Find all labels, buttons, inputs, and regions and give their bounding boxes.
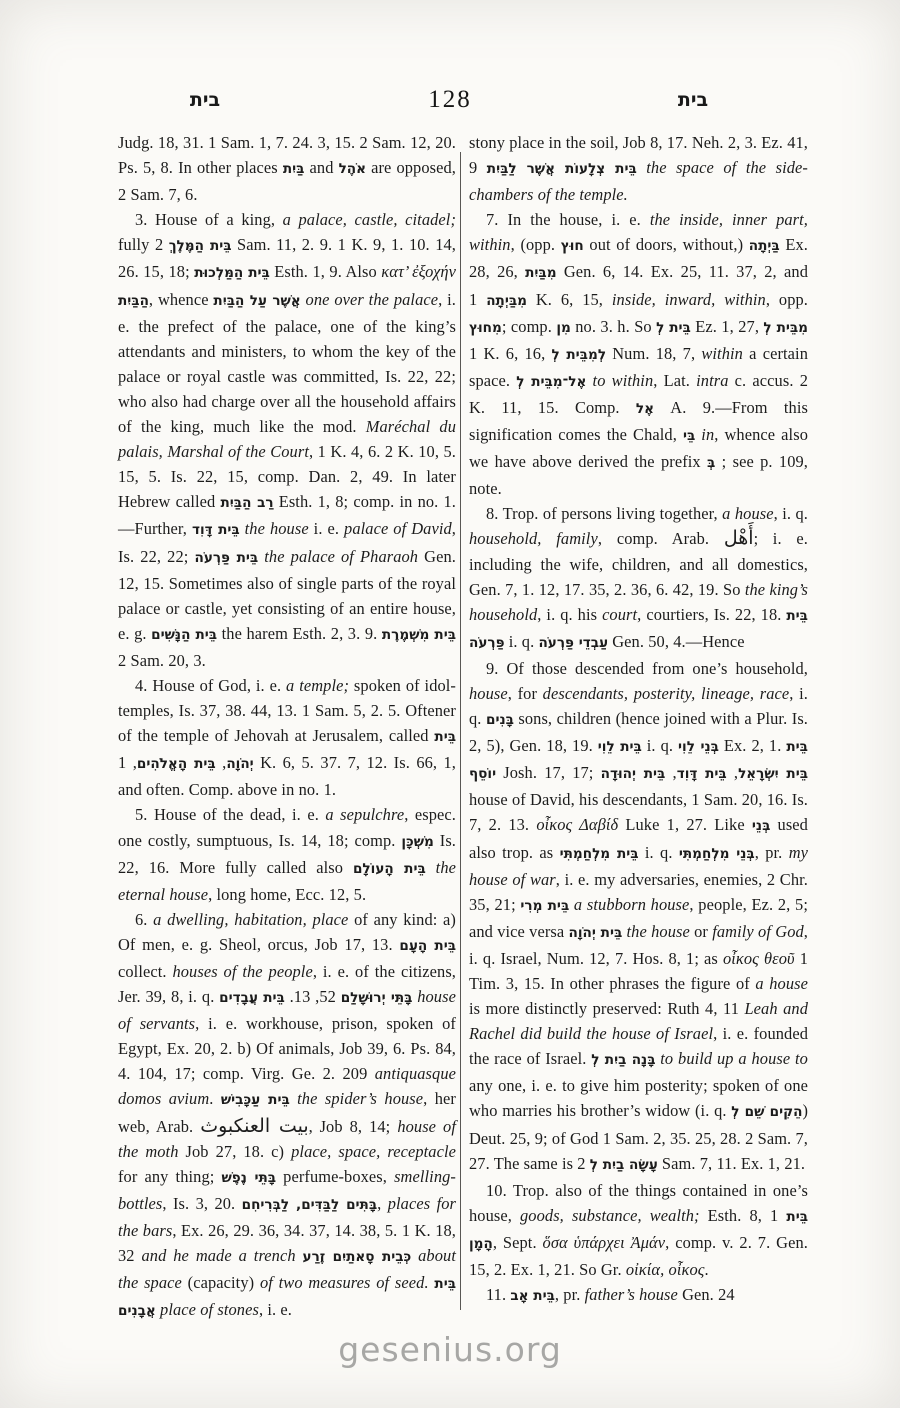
text-run: perfume-boxes, xyxy=(276,1167,394,1186)
hebrew-text: בֵּית אָב xyxy=(510,1288,555,1304)
arabic-text: بيت العنكبوث xyxy=(200,1115,308,1137)
hebrew-text: בֵּית צְלָעוֹת אֲשֶׁר לַבַּיִת xyxy=(487,161,637,177)
paragraph: 11. בֵּית אָב, pr. father’s house Gen. 2… xyxy=(469,1282,808,1309)
column-left: Judg. 18, 31. 1 Sam. 1, 7. 24. 3, 15. 2 … xyxy=(118,130,456,1324)
text-run: Josh. 17, 17; xyxy=(496,763,601,782)
text-run: collect. xyxy=(118,962,172,981)
italic-text: of two measures of seed. xyxy=(260,1273,429,1292)
text-run: 6. xyxy=(135,910,153,929)
hebrew-text: בֵּית הָאֱלֹהִים xyxy=(137,756,216,772)
hebrew-text: עָשָׂה בַיִת לְ xyxy=(590,1157,658,1173)
text-run: Gen. 50, 4.—Hence xyxy=(608,632,745,651)
text-run: , i. q. xyxy=(774,504,808,523)
hebrew-text: בֵּית עַכָּבִישׁ xyxy=(221,1092,290,1108)
hebrew-text: בֵּית הַמֶּלֶךְ xyxy=(169,238,232,254)
italic-text: intra xyxy=(696,371,728,390)
paragraph: Judg. 18, 31. 1 Sam. 1, 7. 24. 3, 15. 2 … xyxy=(118,130,456,207)
hebrew-text: מִבַּיְתָה xyxy=(486,293,527,309)
greek-text: οἰκία, οἶκος xyxy=(626,1260,705,1279)
paragraph: 3. House of a king, a palace, castle, ci… xyxy=(118,207,456,673)
text-run: Luke 1, 27. Like xyxy=(618,815,752,834)
text-run: , xyxy=(216,753,227,772)
hebrew-text: בֵּית יְהוּדָה xyxy=(601,766,666,782)
text-run: , xyxy=(665,763,676,782)
hebrew-text: בֵּית הַנָּשִׁים xyxy=(151,627,217,643)
italic-text: to within xyxy=(593,371,654,390)
scanned-dictionary-page: בית 128 בית Judg. 18, 31. 1 Sam. 1, 7. 2… xyxy=(0,0,900,1408)
hebrew-text: בֵּי xyxy=(683,428,695,444)
text-run: Ex. 2, 1. xyxy=(719,736,786,755)
paragraph: 9. Of those descended from one’s househo… xyxy=(469,656,808,1178)
italic-text: father’s house xyxy=(585,1285,678,1304)
text-run: . xyxy=(209,1089,221,1108)
text-run: or xyxy=(690,922,712,941)
text-run: 5. House of the dead, i. e. xyxy=(135,805,325,824)
italic-text: a dwelling, habitation, place xyxy=(153,910,348,929)
hebrew-text: בֵּית מְרִי xyxy=(520,898,569,914)
text-run xyxy=(637,158,647,177)
text-run: , xyxy=(727,763,738,782)
hebrew-text: בֵּית עֲבָדִים xyxy=(219,990,285,1006)
text-run: 7. In the house, i. e. xyxy=(486,210,650,229)
paragraph: 6. a dwelling, habitation, place of any … xyxy=(118,907,456,1325)
italic-text: the house xyxy=(627,922,690,941)
text-run xyxy=(296,1246,303,1265)
hebrew-text: מִן xyxy=(556,320,571,336)
italic-text: one over the palace xyxy=(306,290,439,309)
arabic-text: أَهْل xyxy=(724,527,754,549)
text-run: the harem Esth. 2, 3. 9. xyxy=(217,624,382,643)
italic-text: a stubborn house xyxy=(574,895,690,914)
italic-text: and he made a trench xyxy=(141,1246,295,1265)
hebrew-text: בֵּית הָעָם xyxy=(399,938,456,954)
text-run xyxy=(426,858,436,877)
italic-text: a house xyxy=(755,974,808,993)
text-run: , pr. xyxy=(755,843,789,862)
paragraph: 5. House of the dead, i. e. a sepulchre,… xyxy=(118,802,456,906)
text-run: , i. e. xyxy=(259,1300,292,1319)
italic-text: family of God xyxy=(712,922,804,941)
hebrew-text: הַבַּיִת xyxy=(118,293,149,309)
text-run: 11. xyxy=(486,1285,510,1304)
hebrew-text: חוּץ xyxy=(561,238,584,254)
hebrew-text: בַּיְתָה xyxy=(749,238,780,254)
text-run: for any thing; xyxy=(118,1167,221,1186)
italic-text: descendants, posterity, lineage, race xyxy=(543,684,790,703)
text-run: 9. Of those descended from one’s househo… xyxy=(486,659,808,678)
italic-text: the spider’s house xyxy=(297,1089,423,1108)
text-run: , i. q. his xyxy=(537,605,602,624)
text-run: no. 3. h. So xyxy=(571,317,656,336)
paragraph: 10. Trop. also of the things contained i… xyxy=(469,1178,808,1282)
italic-text: house xyxy=(469,684,508,703)
text-run: , (opp. xyxy=(511,235,561,254)
text-run: , whence xyxy=(149,290,214,309)
hebrew-text: אֶל xyxy=(636,401,654,417)
hebrew-text: אֲשֶׁר עַל הַבַּיִת xyxy=(213,293,300,309)
hebrew-text: בָּנִים xyxy=(486,712,514,728)
text-run: 3. House of a king, xyxy=(135,210,283,229)
hebrew-text: בָּתֵּי יְרוּשָׁלִַם xyxy=(341,990,413,1006)
text-run: , Lat. xyxy=(653,371,696,390)
hebrew-text: בֵּית פַּרְעֹה xyxy=(194,550,258,566)
hebrew-text: מִחוּץ xyxy=(469,320,502,336)
text-run: ; comp. xyxy=(502,317,556,336)
hebrew-text: בֵּית הַמַּלְכוּת xyxy=(194,265,270,281)
hebrew-text: בֵּית דָּוִד xyxy=(677,766,727,782)
text-run: Gen. 24 xyxy=(678,1285,735,1304)
italic-text: household, family xyxy=(469,529,598,548)
hebrew-text: בְּנֵי מִלְחַמְתִּי xyxy=(679,846,755,862)
italic-text: a temple; xyxy=(286,676,349,695)
text-run: , Job 8, 14; xyxy=(309,1117,398,1136)
hebrew-text: בָּנָה בַיִת לְ xyxy=(591,1052,655,1068)
hebrew-text: לְמִבֵּית לְ xyxy=(551,347,606,363)
italic-text: houses of the people xyxy=(172,962,312,981)
text-run: i. q. xyxy=(639,843,679,862)
hebrew-text: בֵּית מִלְחַמְתִּי xyxy=(560,846,639,862)
hebrew-text: מִבַּיִת xyxy=(525,265,556,281)
hebrew-text: בֵּית יְהֹוָה xyxy=(569,925,623,941)
text-run: Esth. 8, 1 xyxy=(700,1206,787,1225)
hebrew-text: בֵּית דָּוִד xyxy=(192,522,240,538)
hebrew-text: מִבֵּית לְ xyxy=(763,320,808,336)
italic-text: a house xyxy=(722,504,773,523)
greek-text: οἶκος Δαβίδ xyxy=(536,815,618,834)
text-run: , for xyxy=(508,684,543,703)
text-run: 1 K. 6, 16, xyxy=(469,344,551,363)
text-run: , comp. Arab. xyxy=(598,529,724,548)
italic-text: place of stones xyxy=(160,1300,259,1319)
paragraph: stony place in the soil, Job 8, 17. Neh.… xyxy=(469,130,808,207)
hebrew-text: בֵּית לֵוִי xyxy=(598,739,642,755)
paragraph: 7. In the house, i. e. the inside, inner… xyxy=(469,207,808,501)
italic-text: goods, substance, wealth; xyxy=(520,1206,700,1225)
italic-text: a palace, castle, citadel; xyxy=(283,210,456,229)
text-run: Ez. 1, 27, xyxy=(691,317,764,336)
text-run: , xyxy=(377,1194,388,1213)
header-keyword-right: בית xyxy=(638,89,748,111)
text-run: 52, 13. xyxy=(285,987,341,1006)
text-run: 4. House of God, i. e. xyxy=(135,676,286,695)
hebrew-text: בֵּית מִשְׁמֶרֶת xyxy=(382,627,456,643)
text-run: , long home, Ecc. 12, 5. xyxy=(208,885,366,904)
text-run: , i. e. the prefect of the palace, one o… xyxy=(118,290,456,436)
text-run: (capacity) xyxy=(182,1273,260,1292)
italic-text: in xyxy=(701,425,714,444)
greek-text: κατ’ ἐξοχήν xyxy=(381,262,456,281)
italic-text: the house xyxy=(245,519,309,538)
column-right: stony place in the soil, Job 8, 17. Neh.… xyxy=(469,130,808,1309)
paragraph: 4. House of God, i. e. a temple; spoken … xyxy=(118,673,456,802)
text-run: fully xyxy=(118,235,155,254)
hebrew-text: בֵּית הָעוֹלָם xyxy=(353,861,426,877)
italic-text: within xyxy=(701,344,743,363)
text-run: is more distinctly preserved: Ruth 4, 11 xyxy=(469,999,744,1018)
text-run: i. q. xyxy=(505,632,539,651)
hebrew-text: בְּנֵי לֵוִי xyxy=(678,739,719,755)
text-run: Gen. 6, 14. Ex. 25, 11. 37, 2, and xyxy=(557,262,808,281)
hebrew-text: בָּתִּים לַבַּדִּים, לַבְּרִיחִם xyxy=(242,1197,378,1213)
greek-text: ὅσα ὑπάρχει Ἀμάν xyxy=(543,1233,666,1252)
watermark: gesenius.org xyxy=(0,1330,900,1369)
text-run: Num. 18, 7, xyxy=(606,344,701,363)
text-run: Job 27, 18. c) xyxy=(179,1142,292,1161)
paragraph: 8. Trop. of persons living together, a h… xyxy=(469,501,808,656)
page-header: בית 128 בית xyxy=(0,86,900,120)
text-run: , opp. xyxy=(766,290,808,309)
hebrew-text: הֵקִים שֵׁם לְ xyxy=(731,1104,802,1120)
text-run: 2 Sam. 20, 3. xyxy=(118,651,206,670)
hebrew-text: עַבְדֵי פַּרְעֹה xyxy=(538,635,608,651)
text-run: . xyxy=(705,1260,709,1279)
hebrew-text: בְּנֵי xyxy=(752,818,770,834)
hebrew-text: בֵּית יִשְׂרָאֵל xyxy=(738,766,808,782)
hebrew-text: בַּיִת xyxy=(283,161,305,177)
column-divider-rule xyxy=(460,152,461,1310)
italic-text: palace of David xyxy=(344,519,452,538)
text-run: , pr. xyxy=(555,1285,585,1304)
italic-text: a sepulchre xyxy=(325,805,404,824)
text-run: , Sept. xyxy=(493,1233,543,1252)
text-run: out of doors, without,) xyxy=(584,235,749,254)
italic-text: the palace of Pharaoh xyxy=(264,547,418,566)
hebrew-text: אֹהֶל xyxy=(339,161,366,177)
hebrew-text: כְּבֵית סָאתַיִם זֶרַע xyxy=(303,1249,412,1265)
text-run: , courtiers, Is. 22, 18. xyxy=(637,605,786,624)
italic-text: court xyxy=(602,605,637,624)
hebrew-text: מִשְׁכָּן xyxy=(401,834,434,850)
hebrew-text: רַב הַבַּיִת xyxy=(221,495,274,511)
text-run: Esth. 1, 9. Also xyxy=(270,262,381,281)
page-number: 128 xyxy=(0,86,900,114)
greek-text: οἶκος θεοῦ xyxy=(723,949,795,968)
hebrew-text: אֶל־מִבֵּית לְ xyxy=(516,374,586,390)
text-run: , Is. 3, 20. xyxy=(162,1194,241,1213)
text-run: i. q. xyxy=(642,736,678,755)
text-run: and xyxy=(304,158,338,177)
italic-text: inside, inward, within xyxy=(612,290,766,309)
italic-text: to build up a house to xyxy=(660,1049,808,1068)
text-run: i. e. xyxy=(309,519,344,538)
hebrew-text: בָּתֵּי נֶפֶשׁ xyxy=(221,1170,276,1186)
hebrew-text: בֵּית לְ xyxy=(656,320,691,336)
italic-text: place, space, receptacle xyxy=(291,1142,456,1161)
text-run: 8. Trop. of persons living together, xyxy=(486,504,722,523)
